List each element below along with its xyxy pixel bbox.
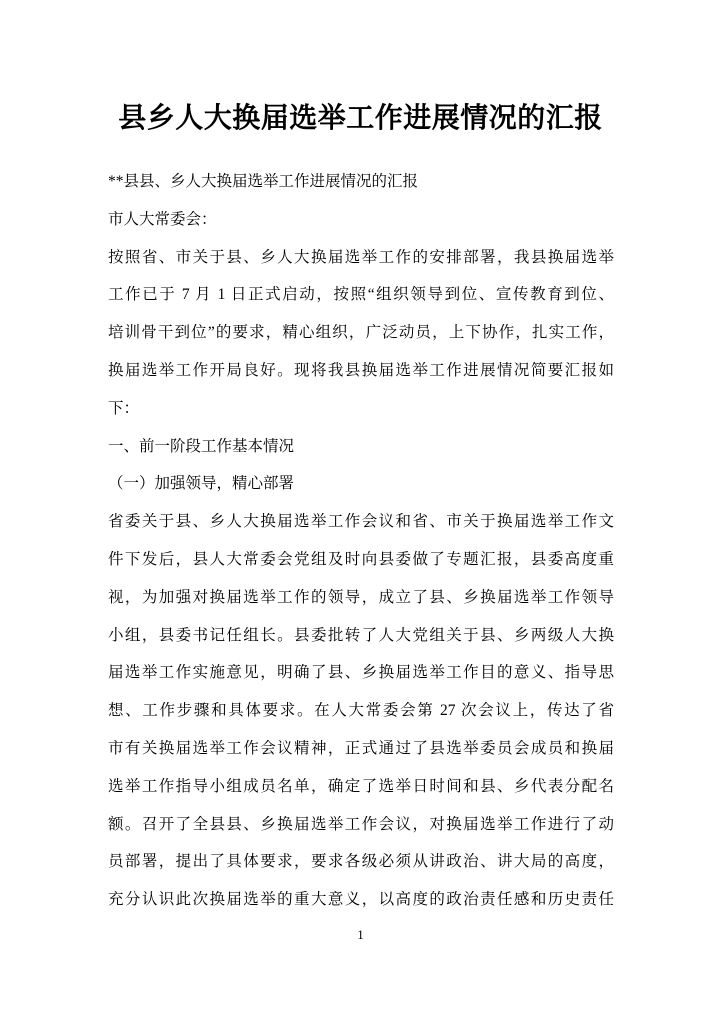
doc-line: 小组，县委书记任组长。县委批转了人大党组关于县、乡两级人大换 xyxy=(108,617,614,655)
doc-line: 件下发后，县人大常委会党组及时向县委做了专题汇报，县委高度重 xyxy=(108,541,614,579)
doc-line: 额。召开了全县县、乡换届选举工作会议，对换届选举工作进行了动 xyxy=(108,806,614,844)
doc-line: 下： xyxy=(108,390,614,428)
document-body: **县县、乡人大换届选举工作进展情况的汇报 市人大常委会： 按照省、市关于县、乡… xyxy=(108,163,614,919)
doc-line: 员部署，提出了具体要求，要求各级必须从讲政治、讲大局的高度， xyxy=(108,843,614,881)
doc-line: 培训骨干到位”的要求，精心组织，广泛动员，上下协作，扎实工作， xyxy=(108,314,614,352)
doc-line: 换届选举工作开局良好。现将我县换届选举工作进展情况简要汇报如 xyxy=(108,352,614,390)
doc-line: 视，为加强对换届选举工作的领导，成立了县、乡换届选举工作领导 xyxy=(108,579,614,617)
doc-line: 一、前一阶段工作基本情况 xyxy=(108,428,614,466)
document-page: 县乡人大换届选举工作进展情况的汇报 **县县、乡人大换届选举工作进展情况的汇报 … xyxy=(0,0,721,1020)
page-number: 1 xyxy=(0,926,721,944)
doc-line: 市人大常委会： xyxy=(108,201,614,239)
doc-line: 想、工作步骤和具体要求。在人大常委会第 27 次会议上，传达了省 xyxy=(108,692,614,730)
doc-line: **县县、乡人大换届选举工作进展情况的汇报 xyxy=(108,163,614,201)
doc-line: 届选举工作实施意见，明确了县、乡换届选举工作目的意义、指导思 xyxy=(108,654,614,692)
doc-line: 充分认识此次换届选举的重大意义，以高度的政治责任感和历史责任 xyxy=(108,881,614,919)
doc-line: 市有关换届选举工作会议精神，正式通过了县选举委员会成员和换届 xyxy=(108,730,614,768)
doc-line: 工作已于 7 月 1 日正式启动，按照“组织领导到位、宣传教育到位、 xyxy=(108,276,614,314)
doc-line: （一）加强领导，精心部署 xyxy=(108,465,614,503)
doc-line: 省委关于县、乡人大换届选举工作会议和省、市关于换届选举工作文 xyxy=(108,503,614,541)
doc-line: 按照省、市关于县、乡人大换届选举工作的安排部署，我县换届选举 xyxy=(108,239,614,277)
document-title: 县乡人大换届选举工作进展情况的汇报 xyxy=(0,99,721,139)
doc-line: 选举工作指导小组成员名单，确定了选举日时间和县、乡代表分配名 xyxy=(108,768,614,806)
